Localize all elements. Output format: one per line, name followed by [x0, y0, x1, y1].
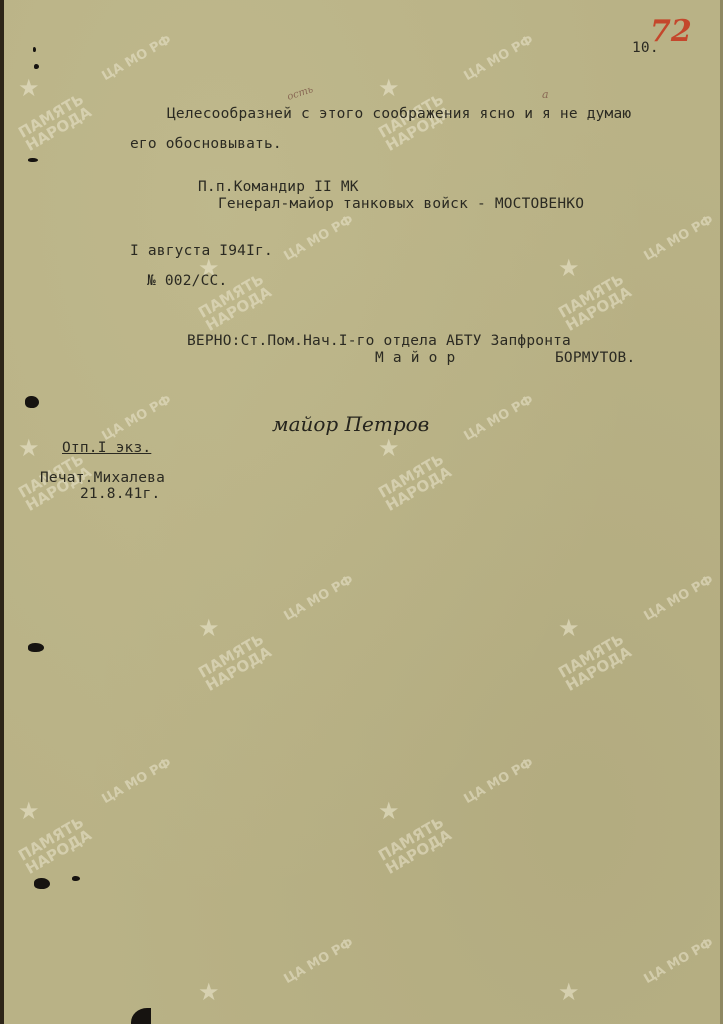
- binding-hole: [33, 47, 36, 52]
- verified-rank: М а й о р: [375, 350, 455, 366]
- page-left-edge: [0, 0, 4, 1024]
- verified-name: БОРМУТОВ.: [555, 350, 635, 366]
- star-icon: ★: [378, 74, 400, 102]
- watermark-archive: ЦА МО РФ: [100, 756, 174, 806]
- watermark-archive: ЦА МО РФ: [462, 756, 536, 806]
- watermark-archive: ЦА МО РФ: [642, 936, 716, 986]
- typist-line: Печат.Михалева: [40, 470, 165, 486]
- body-line-2: его обосновывать.: [130, 136, 282, 152]
- binding-hole: [28, 158, 38, 162]
- typist-date: 21.8.41г.: [80, 486, 160, 502]
- correction-note: а: [542, 88, 549, 101]
- document-page: ЦА МО РФ ЦА МО РФ ЦА МО РФ ЦА МО РФ ЦА М…: [0, 0, 723, 1024]
- binding-hole: [28, 643, 44, 652]
- watermark-archive: ЦА МО РФ: [282, 573, 356, 623]
- star-icon: ★: [18, 74, 40, 102]
- verified-by: ВЕРНО:Ст.Пом.Нач.I-го отдела АБТУ Запфро…: [187, 333, 571, 349]
- watermark-archive: ЦА МО РФ: [462, 393, 536, 443]
- star-icon: ★: [558, 254, 580, 282]
- star-icon: ★: [558, 978, 580, 1006]
- binding-hole: [34, 64, 39, 69]
- copies-note: Отп.I экз.: [62, 440, 151, 456]
- commander-name: Генерал-майор танковых войск - МОСТОВЕНК…: [218, 196, 584, 212]
- watermark-archive: ЦА МО РФ: [462, 33, 536, 83]
- body-line-1: Целесообразней с этого соображения ясно …: [167, 106, 631, 122]
- handwritten-signature: майор Петров: [272, 412, 429, 436]
- star-icon: ★: [198, 978, 220, 1006]
- binding-hole: [34, 878, 50, 889]
- watermark-archive: ЦА МО РФ: [100, 393, 174, 443]
- star-icon: ★: [198, 614, 220, 642]
- watermark-archive: ЦА МО РФ: [642, 213, 716, 263]
- page-corner-damage: [131, 1008, 151, 1024]
- star-icon: ★: [378, 434, 400, 462]
- watermark-archive: ЦА МО РФ: [100, 33, 174, 83]
- watermark-archive: ЦА МО РФ: [282, 936, 356, 986]
- star-icon: ★: [378, 797, 400, 825]
- document-number: № 002/СС.: [147, 273, 227, 289]
- star-icon: ★: [18, 434, 40, 462]
- star-icon: ★: [18, 797, 40, 825]
- watermark-archive: ЦА МО РФ: [282, 213, 356, 263]
- star-icon: ★: [558, 614, 580, 642]
- document-date: I августа I94Iг.: [130, 243, 273, 259]
- correction-note: ость: [286, 84, 315, 103]
- watermark-archive: ЦА МО РФ: [642, 573, 716, 623]
- commander-title: П.п.Командир II МК: [198, 179, 359, 195]
- page-number-handwritten: 72: [650, 14, 692, 49]
- binding-hole: [72, 876, 80, 881]
- binding-hole: [25, 396, 39, 408]
